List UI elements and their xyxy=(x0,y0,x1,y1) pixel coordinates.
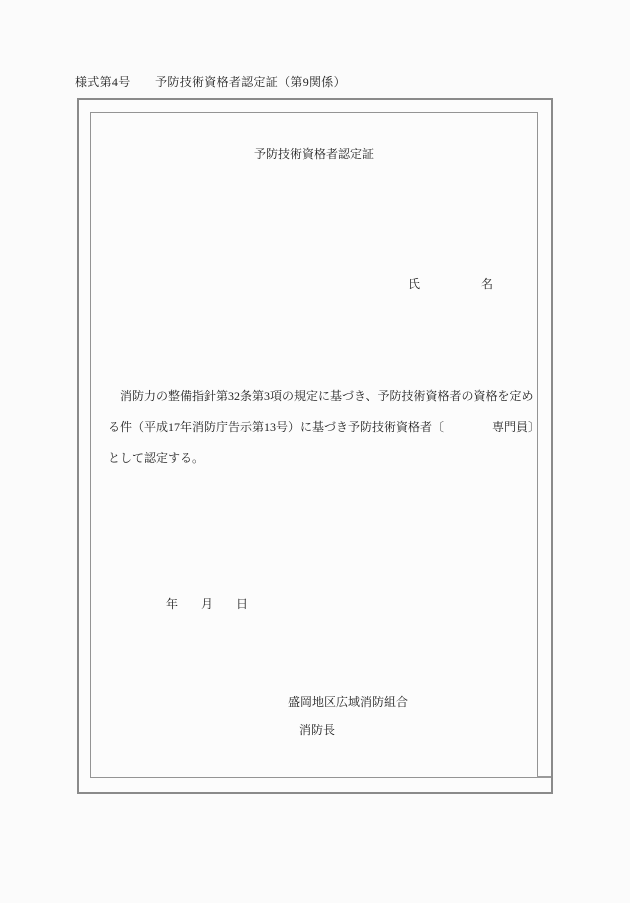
body-line-3: として認定する。 xyxy=(108,443,532,474)
document-page: 様式第4号 予防技術資格者認定証（第9関係） 予防技術資格者認定証 氏 名 消防… xyxy=(0,0,630,903)
issuer-organization: 盛岡地区広域消防組合 xyxy=(288,695,408,709)
certificate-inner-border: 予防技術資格者認定証 氏 名 消防力の整備指針第32条第3項の規定に基づき、予防… xyxy=(90,112,538,778)
certificate-title: 予防技術資格者認定証 xyxy=(91,147,537,161)
year-label: 年 xyxy=(166,597,178,611)
name-first-label: 名 xyxy=(481,277,493,291)
certificate-body: 消防力の整備指針第32条第3項の規定に基づき、予防技術資格者の資格を定め る件（… xyxy=(108,381,532,474)
name-last-label: 氏 xyxy=(408,277,420,291)
issuer-signer-title: 消防長 xyxy=(299,723,335,737)
date-field: 年 月 日 xyxy=(166,597,248,611)
name-field: 氏 名 xyxy=(408,277,493,291)
body-line-1: 消防力の整備指針第32条第3項の規定に基づき、予防技術資格者の資格を定め xyxy=(108,381,532,412)
form-number-label: 様式第4号 予防技術資格者認定証（第9関係） xyxy=(75,75,346,89)
month-label: 月 xyxy=(201,597,213,611)
border-artifact-line xyxy=(537,776,551,778)
body-line-2: る件（平成17年消防庁告示第13号）に基づき予防技術資格者〔 専門員〕 xyxy=(108,412,532,443)
certificate-outer-border: 予防技術資格者認定証 氏 名 消防力の整備指針第32条第3項の規定に基づき、予防… xyxy=(77,98,553,794)
day-label: 日 xyxy=(236,597,248,611)
